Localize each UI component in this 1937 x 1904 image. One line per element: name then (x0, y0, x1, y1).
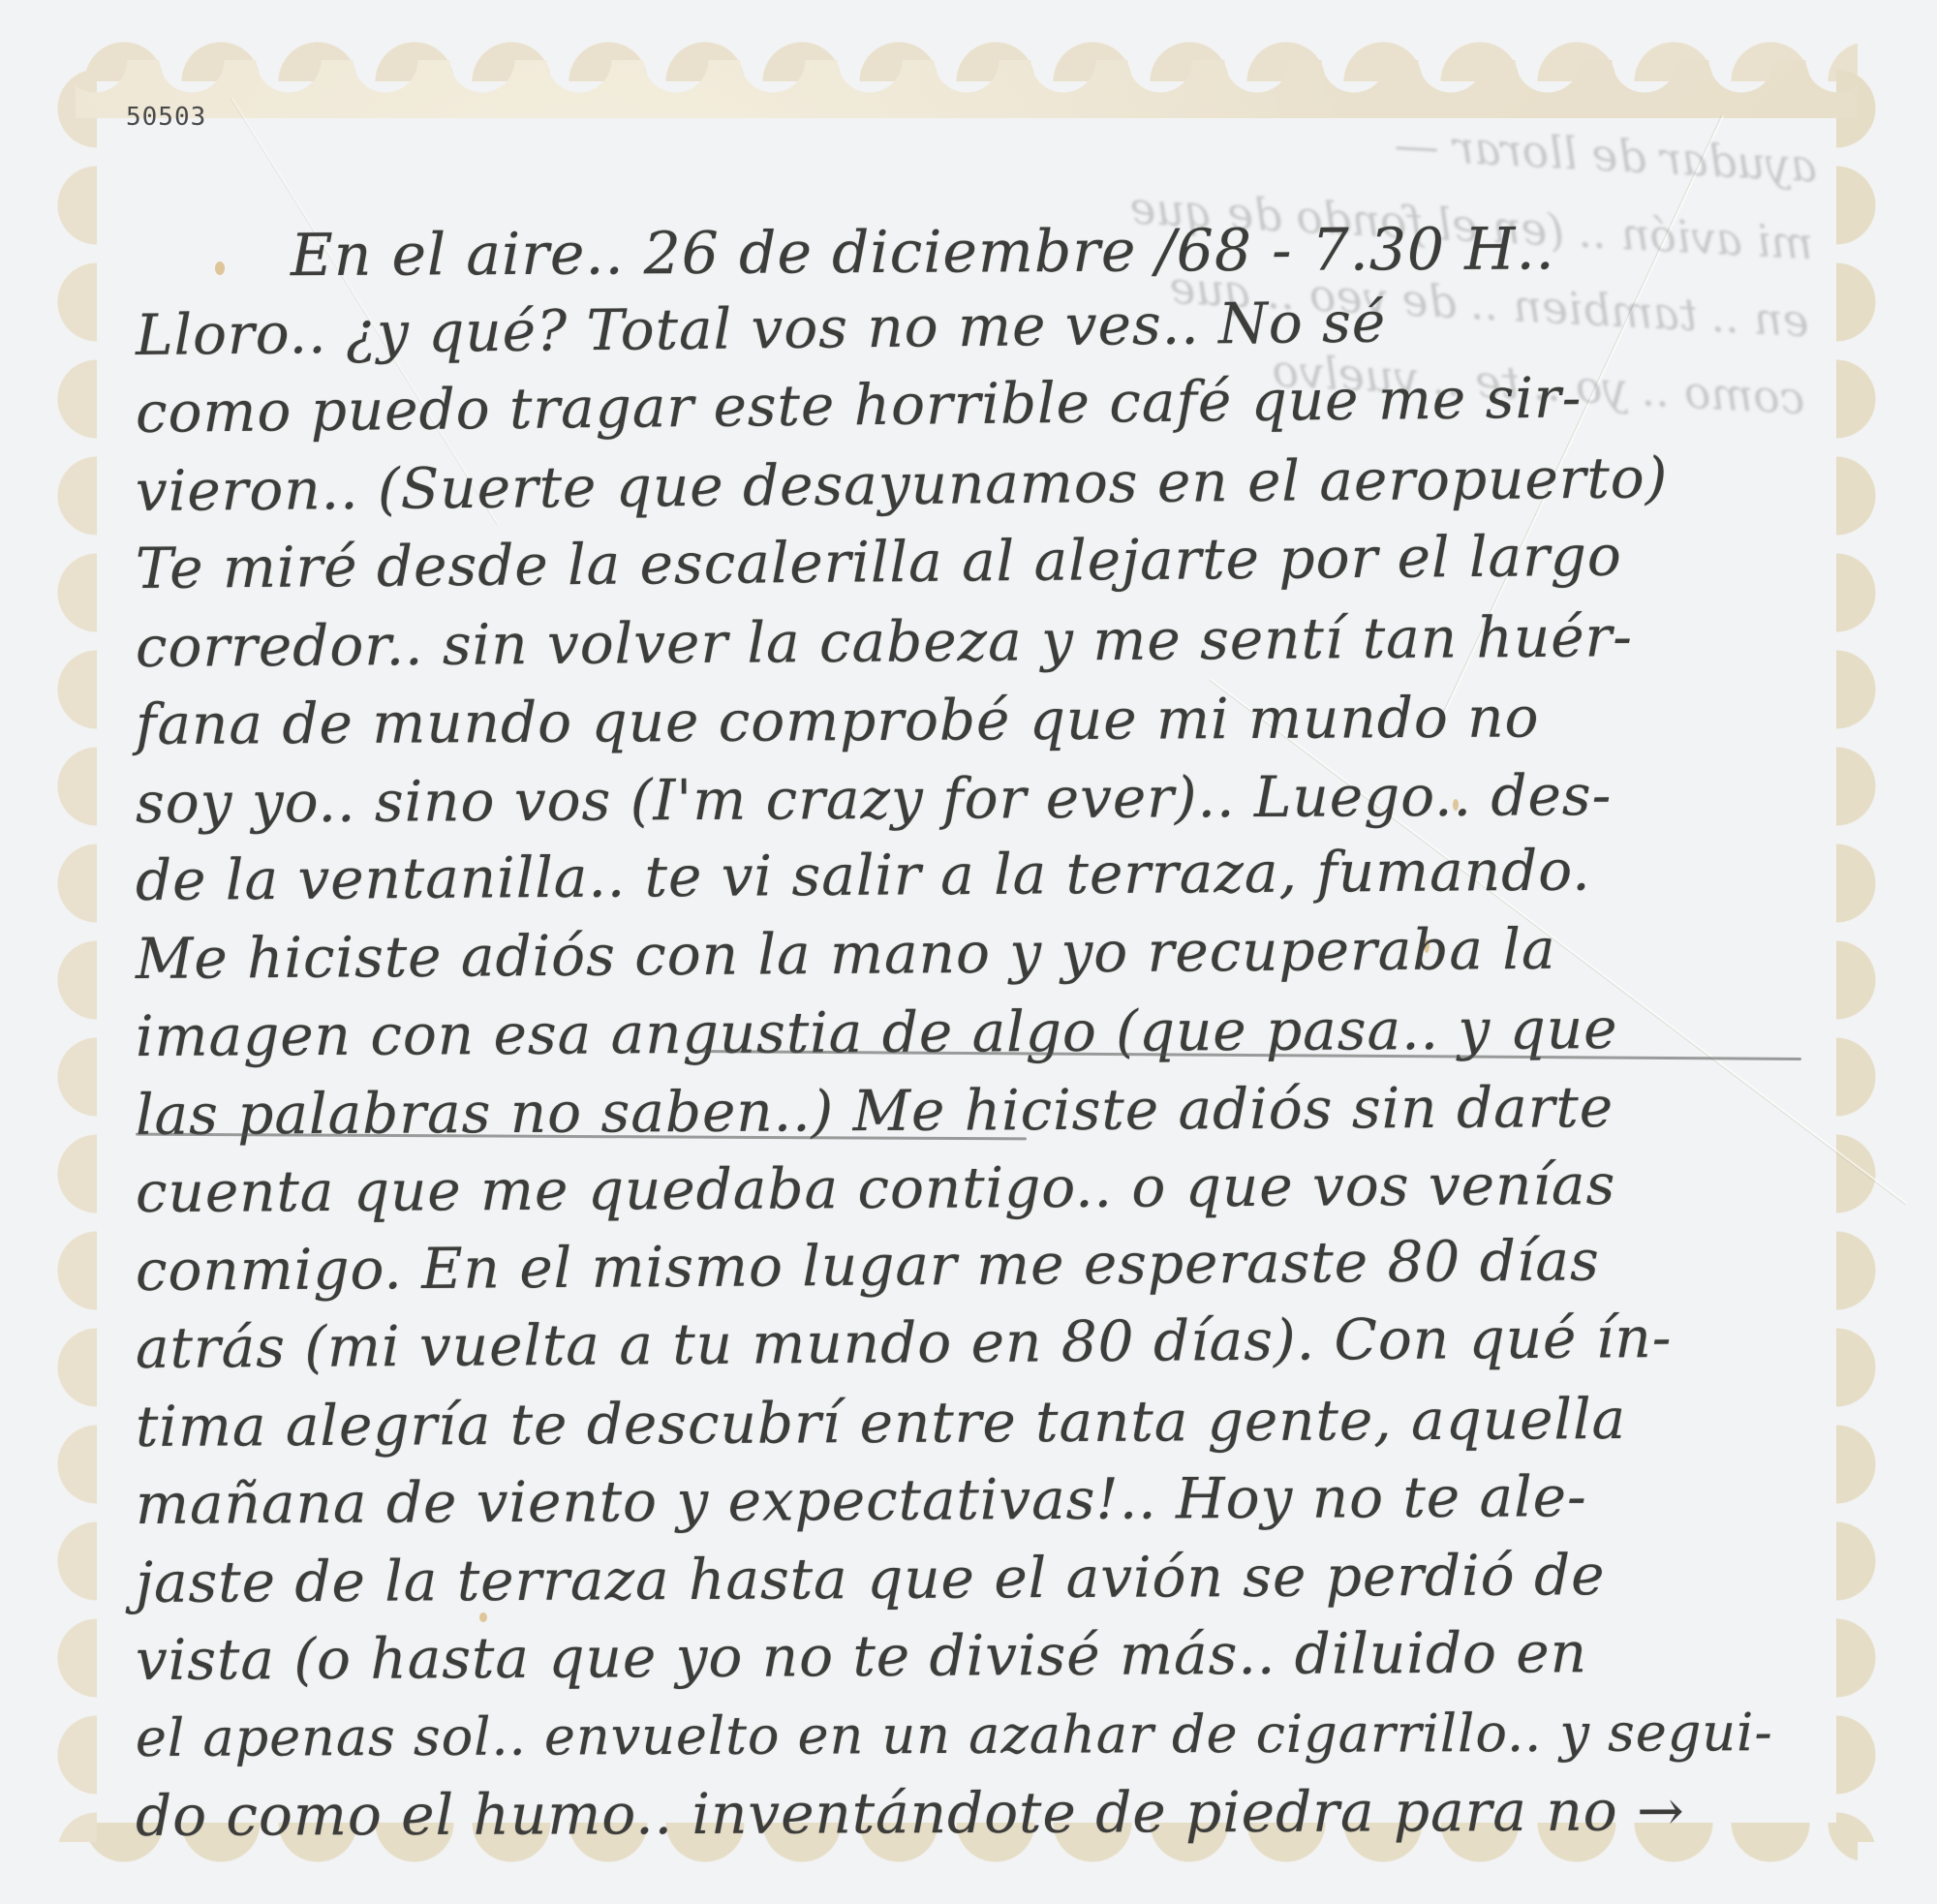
letter-line: Me hiciste adiós con la mano y yo recupe… (136, 907, 1822, 998)
letter-line: vieron.. (Suerte que desayunamos en el a… (136, 437, 1822, 530)
letter-line: vista (o hasta que yo no te divisé más..… (136, 1612, 1821, 1700)
letter-line: soy yo.. sino vos (I'm crazy for ever)..… (136, 754, 1821, 842)
letter-line: mañana de viento y expectativas!.. Hoy n… (136, 1457, 1821, 1544)
letter-line: tima alegría te descubrí entre tanta gen… (136, 1378, 1821, 1465)
letter-line: de la ventanilla.. te vi salir a la terr… (136, 830, 1822, 920)
archive-number: 50503 (126, 103, 206, 132)
letter-line: jaste de la terraza hasta que el avión s… (136, 1534, 1821, 1621)
letter-line: fana de mundo que comprobé que mi mundo … (136, 677, 1821, 764)
letter-line: conmigo. En el mismo lugar me esperaste … (136, 1219, 1822, 1309)
letter-line: corredor.. sin volver la cabeza y me sen… (136, 596, 1822, 686)
letter-line: como puedo tragar este horrible café que… (136, 356, 1822, 452)
letter-body: En el aire.. 26 de diciembre /68 - 7.30 … (136, 218, 1821, 1856)
letter-line: atrás (mi vuelta a tu mundo en 80 días).… (136, 1298, 1822, 1388)
letter-line: cuenta que me quedaba contigo.. o que vo… (136, 1145, 1821, 1232)
letter-line: imagen con esa angustia de algo (que pas… (136, 989, 1821, 1076)
letter-line: Te miré desde la escalerilla al alejarte… (136, 515, 1822, 608)
letter-line: las palabras no saben..) Me hiciste adió… (136, 1066, 1821, 1153)
letter-line: do como el humo.. inventándote de piedra… (136, 1771, 1821, 1856)
letter-line: el apenas sol.. envuelto en un azahar de… (136, 1693, 1821, 1777)
